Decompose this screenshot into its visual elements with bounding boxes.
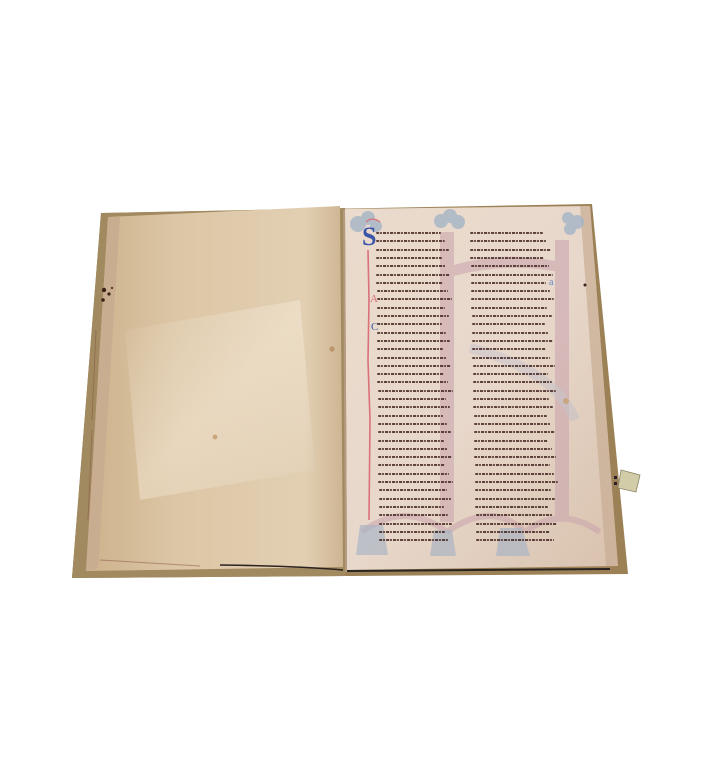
manuscript-text-line — [378, 398, 446, 400]
manuscript-text-line — [471, 290, 550, 292]
manuscript-text-line — [475, 473, 554, 475]
manuscript-text-line — [377, 332, 446, 334]
manuscript-text-line — [378, 481, 453, 483]
manuscript-text-line — [473, 373, 548, 375]
manuscript-text-line — [471, 265, 549, 267]
manuscript-text-line — [475, 506, 548, 508]
manuscript-text-line — [378, 431, 451, 433]
manuscript-text-line — [379, 523, 452, 525]
manuscript-text-line — [377, 307, 445, 309]
manuscript-text-line — [377, 340, 450, 342]
manuscript-text-line — [378, 440, 444, 442]
manuscript-text-line — [376, 274, 450, 276]
manuscript-photo: S A C a Open medieval manuscript codex p… — [0, 0, 710, 780]
manuscript-text-line — [379, 506, 444, 508]
manuscript-text-line — [470, 257, 544, 259]
manuscript-text-line — [377, 348, 443, 350]
manuscript-text-line — [476, 523, 557, 525]
manuscript-text-line — [476, 514, 553, 516]
manuscript-text-line — [378, 456, 452, 458]
manuscript-illustration: S A C a — [0, 0, 710, 780]
manuscript-text-line — [376, 257, 442, 259]
manuscript-text-line — [378, 473, 449, 475]
svg-text:a: a — [549, 277, 554, 288]
manuscript-text-line — [377, 373, 444, 375]
manuscript-text-line — [377, 323, 442, 325]
manuscript-text-line — [471, 282, 546, 284]
manuscript-text-line — [376, 240, 445, 242]
manuscript-text-line — [376, 282, 443, 284]
manuscript-text-line — [377, 357, 447, 359]
manuscript-text-line — [379, 539, 449, 541]
manuscript-text-line — [470, 240, 547, 242]
manuscript-text-line — [472, 315, 552, 317]
manuscript-text-line — [472, 340, 553, 342]
manuscript-text-line — [475, 489, 551, 491]
manuscript-text-line — [377, 290, 448, 292]
manuscript-text-line — [474, 415, 547, 417]
manuscript-text-line — [472, 357, 550, 359]
manuscript-text-line — [379, 531, 445, 533]
manuscript-text-line — [378, 406, 450, 408]
manuscript-text-line — [379, 514, 448, 516]
manuscript-text-line — [474, 423, 551, 425]
manuscript-text-line — [376, 232, 441, 234]
manuscript-text-line — [470, 249, 551, 251]
manuscript-text-line — [472, 332, 549, 334]
manuscript-text-line — [473, 365, 555, 367]
manuscript-text-line — [473, 406, 553, 408]
manuscript-text-line — [472, 323, 545, 325]
manuscript-text-line — [471, 274, 553, 276]
manuscript-text-line — [378, 448, 448, 450]
manuscript-text-line — [470, 232, 543, 234]
svg-text:S: S — [362, 222, 376, 251]
manuscript-text-line — [474, 440, 548, 442]
manuscript-text-line — [378, 415, 443, 417]
manuscript-text-line — [376, 265, 446, 267]
manuscript-text-line — [471, 307, 547, 309]
manuscript-text-line — [476, 539, 554, 541]
manuscript-text-line — [472, 348, 546, 350]
manuscript-text-line — [377, 315, 449, 317]
manuscript-text-line — [376, 249, 449, 251]
manuscript-text-line — [474, 448, 552, 450]
manuscript-text-line — [378, 390, 453, 392]
manuscript-text-line — [476, 531, 550, 533]
manuscript-text-line — [379, 498, 451, 500]
manuscript-text-line — [473, 398, 549, 400]
fore-edge-tab — [618, 470, 640, 492]
manuscript-text-line — [377, 365, 451, 367]
manuscript-text-line — [475, 481, 558, 483]
manuscript-text-line — [474, 431, 555, 433]
book-binding: S A C a — [0, 0, 710, 780]
manuscript-text-line — [379, 489, 447, 491]
manuscript-text-line — [475, 498, 555, 500]
manuscript-text-line — [474, 456, 556, 458]
manuscript-text-line — [378, 423, 447, 425]
manuscript-text-line — [473, 390, 556, 392]
